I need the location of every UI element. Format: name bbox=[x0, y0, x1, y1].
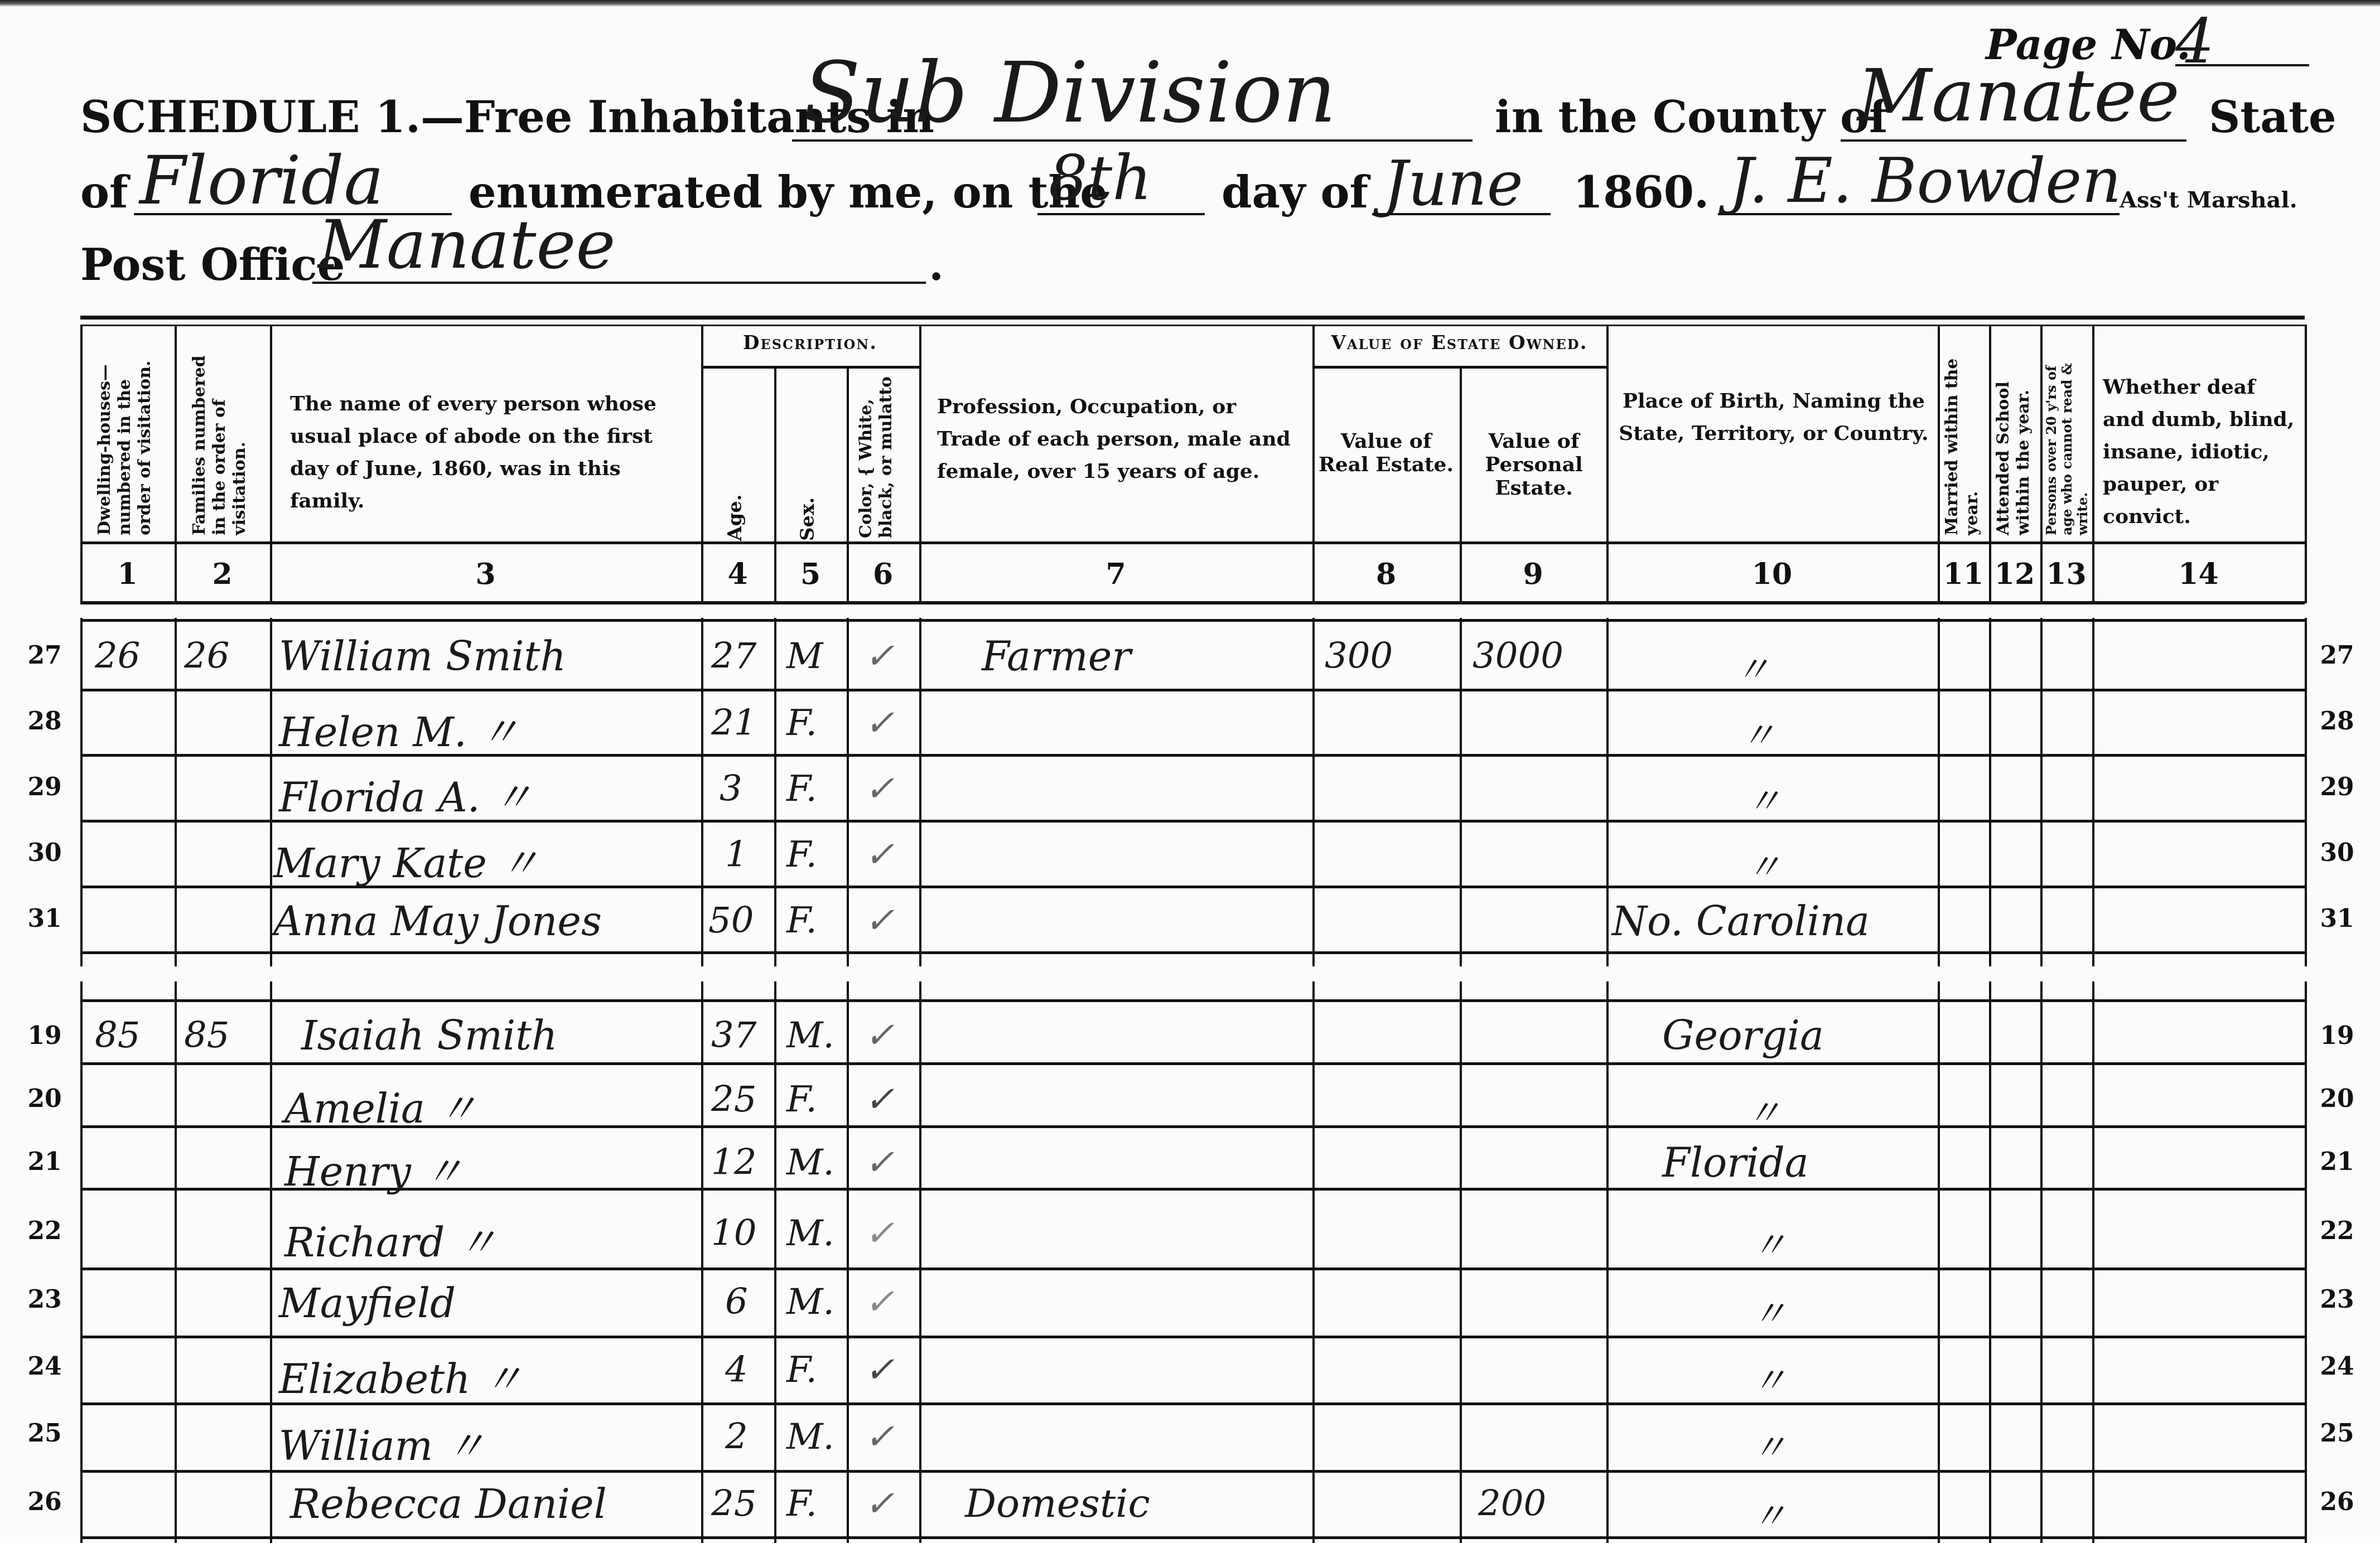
row-line bbox=[80, 619, 2305, 622]
color-check: ✓ bbox=[865, 1142, 895, 1183]
col-number: 5 bbox=[774, 549, 847, 599]
day-of-label: day of bbox=[1222, 167, 1368, 218]
day-underline bbox=[1037, 213, 1205, 215]
age: 27 bbox=[711, 636, 756, 677]
col-number: 12 bbox=[1989, 549, 2040, 599]
sex: M. bbox=[786, 1142, 834, 1183]
person-name: Anna May Jones bbox=[273, 898, 602, 945]
line-number-left: 26 bbox=[11, 1488, 78, 1516]
sex: M. bbox=[786, 1213, 834, 1254]
post-office-value: Manatee bbox=[318, 206, 616, 284]
col-divider bbox=[80, 981, 83, 1543]
line-number-right: 20 bbox=[2304, 1085, 2371, 1113]
header-divider bbox=[80, 541, 2305, 544]
col3-header: The name of every person whose usual pla… bbox=[290, 388, 686, 517]
line-number-right: 23 bbox=[2304, 1285, 2371, 1314]
col-divider bbox=[2305, 981, 2307, 1543]
birthplace: 〃 bbox=[1746, 839, 1782, 890]
birthplace: 〃 bbox=[1746, 1085, 1782, 1136]
line-number-right: 31 bbox=[2304, 904, 2371, 933]
col-divider bbox=[847, 981, 849, 1543]
color-check: ✓ bbox=[865, 1416, 895, 1458]
col4-header: Age. bbox=[725, 480, 747, 541]
birthplace: 〃 bbox=[1751, 1217, 1787, 1268]
col-divider bbox=[701, 981, 703, 1543]
person-name: Helen M. 〃 bbox=[279, 700, 520, 758]
age: 10 bbox=[711, 1213, 756, 1254]
real-estate-value: 300 bbox=[1325, 636, 1393, 677]
birthplace: 〃 bbox=[1740, 707, 1776, 758]
color-check: ✓ bbox=[865, 1349, 895, 1391]
col-divider bbox=[270, 618, 272, 966]
line-number-right: 24 bbox=[2304, 1352, 2371, 1381]
description-group-line bbox=[701, 366, 919, 369]
col5-header: Sex. bbox=[798, 485, 820, 541]
line-number-right: 21 bbox=[2304, 1148, 2371, 1176]
of-label: of bbox=[80, 167, 128, 218]
col-divider bbox=[175, 618, 177, 966]
county-underline bbox=[1841, 139, 2186, 142]
row-line bbox=[80, 951, 2305, 954]
line-number-right: 26 bbox=[2304, 1488, 2371, 1516]
sex: M bbox=[786, 636, 823, 677]
col-number: 14 bbox=[2092, 549, 2305, 599]
occupation: Farmer bbox=[982, 633, 1131, 680]
age: 50 bbox=[708, 900, 754, 941]
col-divider bbox=[774, 618, 776, 966]
age: 6 bbox=[725, 1281, 748, 1323]
person-name: Richard 〃 bbox=[284, 1210, 498, 1268]
line-number-left: 19 bbox=[11, 1022, 78, 1050]
color-check: ✓ bbox=[865, 1079, 895, 1120]
sex: F. bbox=[786, 768, 817, 810]
age: 37 bbox=[711, 1015, 756, 1056]
sex: F. bbox=[786, 900, 817, 941]
col-number: 9 bbox=[1460, 549, 1606, 599]
description-group-title: Description. bbox=[701, 332, 919, 354]
person-name: Mary Kate 〃 bbox=[273, 831, 540, 889]
line-number-left: 29 bbox=[11, 773, 78, 801]
col11-header: Married within the year. bbox=[1942, 335, 1987, 535]
person-name: Mayfield bbox=[279, 1280, 456, 1327]
color-check: ✓ bbox=[865, 1213, 895, 1254]
birthplace: 〃 bbox=[1735, 641, 1770, 693]
age: 25 bbox=[711, 1483, 756, 1525]
year-value: 1860. bbox=[1573, 167, 1709, 218]
sex: M. bbox=[786, 1015, 834, 1056]
line-number-right: 27 bbox=[2304, 641, 2371, 670]
subdivision-underline bbox=[792, 139, 1473, 142]
line-number-right: 30 bbox=[2304, 839, 2371, 867]
county-label: in the County of bbox=[1495, 92, 1888, 143]
col-number: 1 bbox=[80, 549, 175, 599]
day-value: 8th bbox=[1049, 142, 1152, 214]
col-number: 11 bbox=[1938, 549, 1989, 599]
color-check: ✓ bbox=[865, 1483, 895, 1525]
age: 3 bbox=[720, 768, 742, 810]
col-number: 7 bbox=[919, 549, 1312, 599]
col2-header: Families numbered in the order of visita… bbox=[190, 335, 257, 535]
row-line bbox=[80, 1336, 2305, 1338]
color-check: ✓ bbox=[865, 1015, 895, 1056]
person-name: William 〃 bbox=[279, 1414, 486, 1472]
sex: F. bbox=[786, 834, 817, 876]
col9-header: Value of Personal Estate. bbox=[1473, 429, 1595, 500]
dwelling-number: 85 bbox=[95, 1015, 140, 1056]
marshal-label: Ass't Marshal. bbox=[2120, 187, 2297, 213]
birthplace: 〃 bbox=[1746, 773, 1782, 824]
col-divider bbox=[1606, 618, 1609, 966]
col-divider bbox=[2305, 325, 2307, 603]
age: 1 bbox=[725, 834, 748, 876]
birthplace: 〃 bbox=[1751, 1419, 1787, 1471]
family-number: 85 bbox=[184, 1015, 229, 1056]
post-office-label: Post Office bbox=[80, 240, 345, 291]
state-label: State bbox=[2209, 92, 2336, 143]
person-name: William Smith bbox=[279, 633, 566, 680]
line-number-left: 25 bbox=[11, 1419, 78, 1448]
col-divider bbox=[1938, 981, 1940, 1543]
col-divider bbox=[774, 981, 776, 1543]
col8-header: Value of Real Estate. bbox=[1316, 429, 1456, 476]
line-number-right: 28 bbox=[2304, 707, 2371, 736]
person-name: Henry 〃 bbox=[284, 1139, 464, 1197]
color-check: ✓ bbox=[865, 703, 895, 744]
birthplace: Georgia bbox=[1662, 1012, 1824, 1059]
birthplace: 〃 bbox=[1751, 1285, 1787, 1337]
subdivision-value: Sub Division bbox=[803, 45, 1336, 142]
col-divider bbox=[1938, 618, 1940, 966]
sex: F. bbox=[786, 1349, 817, 1391]
color-check: ✓ bbox=[865, 900, 895, 941]
color-check: ✓ bbox=[865, 636, 895, 677]
dwelling-number: 26 bbox=[95, 636, 140, 677]
color-check: ✓ bbox=[865, 1281, 895, 1323]
person-name: Elizabeth 〃 bbox=[279, 1347, 523, 1405]
sex: M. bbox=[786, 1281, 834, 1323]
line-number-left: 20 bbox=[11, 1085, 78, 1113]
personal-estate-value: 200 bbox=[1478, 1483, 1546, 1525]
col-number: 4 bbox=[701, 549, 774, 599]
post-office-underline bbox=[312, 282, 926, 284]
age: 12 bbox=[711, 1142, 756, 1183]
color-check: ✓ bbox=[865, 768, 895, 810]
county-value: Manatee bbox=[1857, 53, 2180, 138]
sex: F. bbox=[786, 1483, 817, 1525]
col-divider bbox=[175, 981, 177, 1543]
col10-header: Place of Birth, Naming the State, Territ… bbox=[1618, 385, 1930, 449]
table-top-border bbox=[80, 316, 2305, 320]
birthplace: Florida bbox=[1662, 1139, 1809, 1186]
col-divider bbox=[1989, 618, 1991, 966]
person-name: Rebecca Daniel bbox=[290, 1481, 607, 1527]
scan-edge bbox=[0, 0, 2380, 7]
col14-header: Whether deaf and dumb, blind, insane, id… bbox=[2103, 371, 2295, 533]
col13-header: Persons over 20 y'rs of age who cannot r… bbox=[2044, 335, 2091, 535]
col-number: 13 bbox=[2040, 549, 2092, 599]
marshal-signature: J. E. Bowden bbox=[1729, 145, 2121, 216]
color-check: ✓ bbox=[865, 834, 895, 876]
col1-header: Dwelling-houses— numbered in the order o… bbox=[95, 335, 167, 535]
col-divider bbox=[701, 618, 703, 966]
col-divider bbox=[1460, 618, 1462, 966]
table-top-inner-border bbox=[80, 325, 2305, 326]
page-number-underline bbox=[2175, 64, 2309, 66]
col-divider bbox=[1606, 981, 1609, 1543]
line-number-left: 24 bbox=[11, 1352, 78, 1381]
col-number: 3 bbox=[270, 549, 701, 599]
line-number-left: 28 bbox=[11, 707, 78, 736]
sex: M. bbox=[786, 1416, 834, 1458]
line-number-right: 22 bbox=[2304, 1217, 2371, 1245]
col-divider bbox=[847, 618, 849, 966]
line-number-left: 21 bbox=[11, 1148, 78, 1176]
person-name: Amelia 〃 bbox=[284, 1076, 478, 1134]
col-divider bbox=[1312, 981, 1315, 1543]
estate-group-line bbox=[1312, 366, 1606, 369]
age: 4 bbox=[725, 1349, 748, 1391]
line-number-left: 27 bbox=[11, 641, 78, 670]
line-number-left: 31 bbox=[11, 904, 78, 933]
occupation: Domestic bbox=[965, 1481, 1150, 1526]
line-number-left: 30 bbox=[11, 839, 78, 867]
age: 2 bbox=[725, 1416, 748, 1458]
col-divider bbox=[1312, 618, 1315, 966]
col12-header: Attended School within the year. bbox=[1993, 335, 2038, 535]
row-line bbox=[80, 1062, 2305, 1065]
family-number: 26 bbox=[184, 636, 229, 677]
col-divider bbox=[2040, 981, 2043, 1543]
row-line bbox=[80, 1536, 2305, 1539]
personal-estate-value: 3000 bbox=[1473, 636, 1563, 677]
col-divider bbox=[2092, 618, 2094, 966]
col-divider bbox=[2040, 618, 2043, 966]
col6-header: Color, { White, black, or mulatto bbox=[856, 371, 912, 538]
col-number: 6 bbox=[847, 549, 919, 599]
col-number: 8 bbox=[1312, 549, 1460, 599]
line-number-right: 19 bbox=[2304, 1022, 2371, 1050]
marshal-underline bbox=[1718, 213, 2120, 215]
col-divider bbox=[919, 981, 921, 1543]
col-number: 10 bbox=[1606, 549, 1938, 599]
row-line bbox=[80, 999, 2305, 1002]
col-divider bbox=[2092, 981, 2094, 1543]
col-divider bbox=[270, 981, 272, 1543]
line-number-left: 23 bbox=[11, 1285, 78, 1314]
line-number-left: 22 bbox=[11, 1217, 78, 1245]
col-number: 2 bbox=[175, 549, 270, 599]
col-divider bbox=[919, 618, 921, 966]
sex: F. bbox=[786, 703, 817, 744]
person-name: Florida A. 〃 bbox=[279, 765, 533, 823]
row-line bbox=[80, 689, 2305, 691]
line-number-right: 25 bbox=[2304, 1419, 2371, 1448]
age: 21 bbox=[711, 703, 756, 744]
post-office-period: . bbox=[929, 240, 944, 291]
header-bottom-border bbox=[80, 601, 2305, 604]
estate-group-title: Value of Estate Owned. bbox=[1312, 332, 1606, 354]
line-number-right: 29 bbox=[2304, 773, 2371, 801]
birthplace: 〃 bbox=[1751, 1488, 1787, 1539]
sex: F. bbox=[786, 1079, 817, 1120]
month-value: June bbox=[1383, 148, 1523, 219]
birthplace: No. Carolina bbox=[1612, 898, 1870, 945]
col-divider bbox=[1989, 981, 1991, 1543]
col-divider bbox=[80, 618, 83, 966]
birthplace: 〃 bbox=[1751, 1352, 1787, 1404]
col7-header: Profession, Occupation, or Trade of each… bbox=[937, 390, 1300, 487]
age: 25 bbox=[711, 1079, 756, 1120]
person-name: Isaiah Smith bbox=[301, 1012, 557, 1059]
col-divider bbox=[1460, 981, 1462, 1543]
month-underline bbox=[1372, 213, 1551, 215]
